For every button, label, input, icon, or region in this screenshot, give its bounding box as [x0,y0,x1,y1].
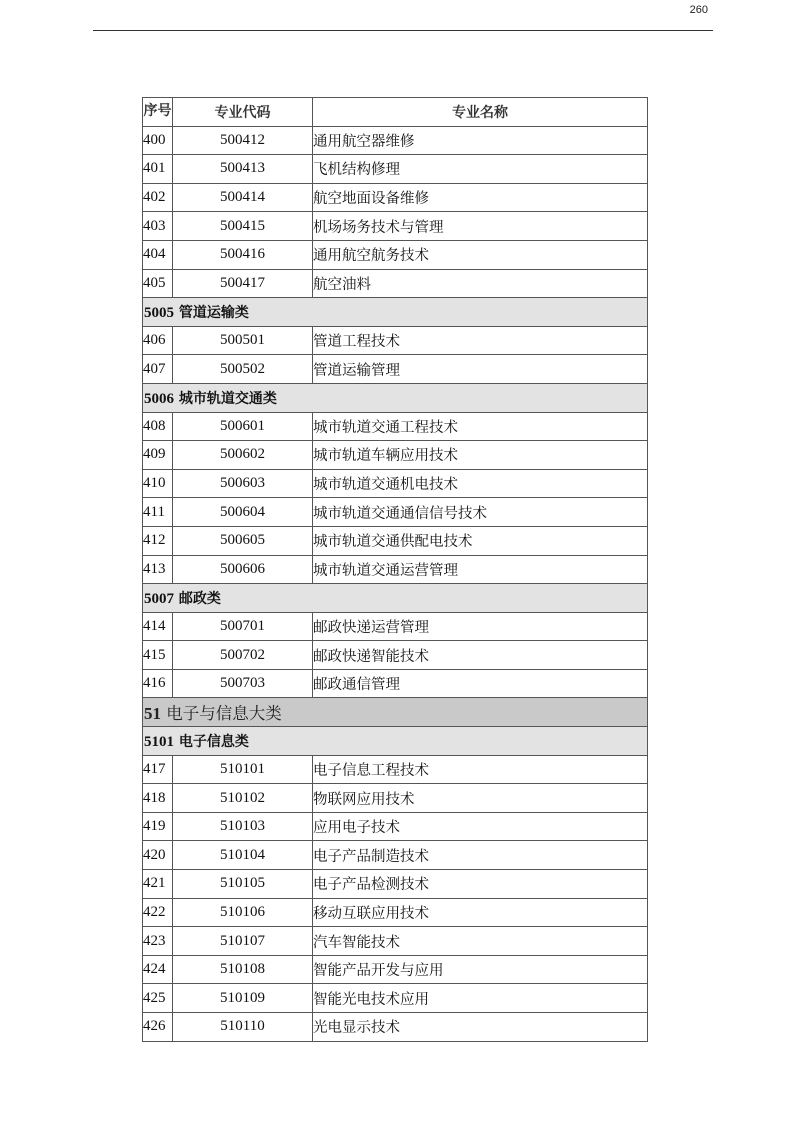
code-cell: 500605 [173,526,313,555]
name-cell: 城市轨道交通机电技术 [313,469,648,498]
seq-cell: 424 [143,955,173,984]
seq-cell: 426 [143,1013,173,1042]
table-row: 411500604城市轨道交通通信信号技术 [143,498,648,527]
majors-table: 序号 专业代码 专业名称 400500412通用航空器维修401500413飞机… [142,97,648,1042]
table-row: 421510105电子产品检测技术 [143,870,648,899]
seq-cell: 418 [143,784,173,813]
seq-cell: 420 [143,841,173,870]
name-cell: 飞机结构修理 [313,155,648,184]
table-row: 408500601城市轨道交通工程技术 [143,412,648,441]
seq-cell: 409 [143,441,173,470]
name-cell: 城市轨道交通通信信号技术 [313,498,648,527]
table-row: 418510102物联网应用技术 [143,784,648,813]
seq-cell: 422 [143,898,173,927]
table-row: 407500502管道运输管理 [143,355,648,384]
name-cell: 汽车智能技术 [313,927,648,956]
name-cell: 邮政快递运营管理 [313,612,648,641]
table-row: 425510109智能光电技术应用 [143,984,648,1013]
table-row: 406500501管道工程技术 [143,326,648,355]
code-cell: 500703 [173,669,313,698]
table-row: 426510110光电显示技术 [143,1013,648,1042]
code-cell: 510110 [173,1013,313,1042]
code-cell: 510108 [173,955,313,984]
category-code: 51 [144,704,161,723]
table-row: 420510104电子产品制造技术 [143,841,648,870]
category-code: 5006 [144,391,174,407]
seq-cell: 403 [143,212,173,241]
code-cell: 500417 [173,269,313,298]
category-row: 5005 管道运输类 [143,298,648,327]
table-row: 412500605城市轨道交通供配电技术 [143,526,648,555]
seq-cell: 400 [143,126,173,155]
code-cell: 500502 [173,355,313,384]
name-cell: 城市轨道交通供配电技术 [313,526,648,555]
seq-cell: 417 [143,755,173,784]
seq-cell: 412 [143,526,173,555]
name-cell: 邮政快递智能技术 [313,641,648,670]
table-row: 403500415机场场务技术与管理 [143,212,648,241]
table-row: 405500417航空油料 [143,269,648,298]
header-divider [93,30,713,31]
category-row: 5101 电子信息类 [143,727,648,756]
code-cell: 510101 [173,755,313,784]
category-cell: 5006 城市轨道交通类 [143,383,648,412]
table-row: 410500603城市轨道交通机电技术 [143,469,648,498]
name-cell: 电子信息工程技术 [313,755,648,784]
table-row: 416500703邮政通信管理 [143,669,648,698]
code-cell: 510104 [173,841,313,870]
code-cell: 500601 [173,412,313,441]
name-cell: 应用电子技术 [313,812,648,841]
column-header-name: 专业名称 [313,98,648,127]
seq-cell: 408 [143,412,173,441]
table-row: 402500414航空地面设备维修 [143,183,648,212]
name-cell: 电子产品检测技术 [313,870,648,899]
name-cell: 航空地面设备维修 [313,183,648,212]
seq-cell: 414 [143,612,173,641]
code-cell: 510105 [173,870,313,899]
table-header-row: 序号 专业代码 专业名称 [143,98,648,127]
code-cell: 500416 [173,240,313,269]
seq-cell: 401 [143,155,173,184]
table-body: 400500412通用航空器维修401500413飞机结构修理402500414… [143,126,648,1041]
major-category-row: 51 电子与信息大类 [143,698,648,727]
name-cell: 智能产品开发与应用 [313,955,648,984]
code-cell: 500413 [173,155,313,184]
table-row: 419510103应用电子技术 [143,812,648,841]
seq-cell: 407 [143,355,173,384]
category-name: 邮政类 [179,591,221,607]
seq-cell: 415 [143,641,173,670]
seq-cell: 423 [143,927,173,956]
table-row: 413500606城市轨道交通运营管理 [143,555,648,584]
code-cell: 500602 [173,441,313,470]
table-row: 401500413飞机结构修理 [143,155,648,184]
code-cell: 500414 [173,183,313,212]
page-number: 260 [690,4,708,16]
code-cell: 510103 [173,812,313,841]
category-row: 5007 邮政类 [143,584,648,613]
seq-cell: 413 [143,555,173,584]
category-name: 电子与信息大类 [166,704,282,723]
table-row: 423510107汽车智能技术 [143,927,648,956]
code-cell: 510102 [173,784,313,813]
name-cell: 通用航空航务技术 [313,240,648,269]
code-cell: 510106 [173,898,313,927]
name-cell: 通用航空器维修 [313,126,648,155]
code-cell: 500701 [173,612,313,641]
table-row: 404500416通用航空航务技术 [143,240,648,269]
table-row: 415500702邮政快递智能技术 [143,641,648,670]
seq-cell: 404 [143,240,173,269]
code-cell: 500501 [173,326,313,355]
table-row: 424510108智能产品开发与应用 [143,955,648,984]
category-cell: 5005 管道运输类 [143,298,648,327]
column-header-code: 专业代码 [173,98,313,127]
code-cell: 500412 [173,126,313,155]
code-cell: 500603 [173,469,313,498]
seq-cell: 425 [143,984,173,1013]
code-cell: 510109 [173,984,313,1013]
seq-cell: 410 [143,469,173,498]
category-row: 5006 城市轨道交通类 [143,383,648,412]
category-cell: 5101 电子信息类 [143,727,648,756]
name-cell: 管道工程技术 [313,326,648,355]
category-name: 电子信息类 [179,734,249,750]
category-name: 管道运输类 [179,305,249,321]
name-cell: 电子产品制造技术 [313,841,648,870]
name-cell: 管道运输管理 [313,355,648,384]
seq-cell: 416 [143,669,173,698]
seq-cell: 421 [143,870,173,899]
category-code: 5101 [144,734,174,750]
name-cell: 移动互联应用技术 [313,898,648,927]
code-cell: 500702 [173,641,313,670]
code-cell: 500606 [173,555,313,584]
name-cell: 机场场务技术与管理 [313,212,648,241]
code-cell: 500604 [173,498,313,527]
category-cell: 5007 邮政类 [143,584,648,613]
table-row: 417510101电子信息工程技术 [143,755,648,784]
category-code: 5005 [144,305,174,321]
table-row: 422510106移动互联应用技术 [143,898,648,927]
category-cell: 51 电子与信息大类 [143,698,648,727]
name-cell: 城市轨道交通运营管理 [313,555,648,584]
table-row: 414500701邮政快递运营管理 [143,612,648,641]
seq-cell: 405 [143,269,173,298]
name-cell: 物联网应用技术 [313,784,648,813]
seq-cell: 402 [143,183,173,212]
seq-cell: 411 [143,498,173,527]
name-cell: 城市轨道交通工程技术 [313,412,648,441]
code-cell: 510107 [173,927,313,956]
table-row: 400500412通用航空器维修 [143,126,648,155]
column-header-seq: 序号 [143,98,173,127]
code-cell: 500415 [173,212,313,241]
seq-cell: 406 [143,326,173,355]
name-cell: 邮政通信管理 [313,669,648,698]
seq-cell: 419 [143,812,173,841]
category-name: 城市轨道交通类 [179,391,277,407]
name-cell: 城市轨道车辆应用技术 [313,441,648,470]
name-cell: 智能光电技术应用 [313,984,648,1013]
name-cell: 航空油料 [313,269,648,298]
name-cell: 光电显示技术 [313,1013,648,1042]
table-row: 409500602城市轨道车辆应用技术 [143,441,648,470]
category-code: 5007 [144,591,174,607]
